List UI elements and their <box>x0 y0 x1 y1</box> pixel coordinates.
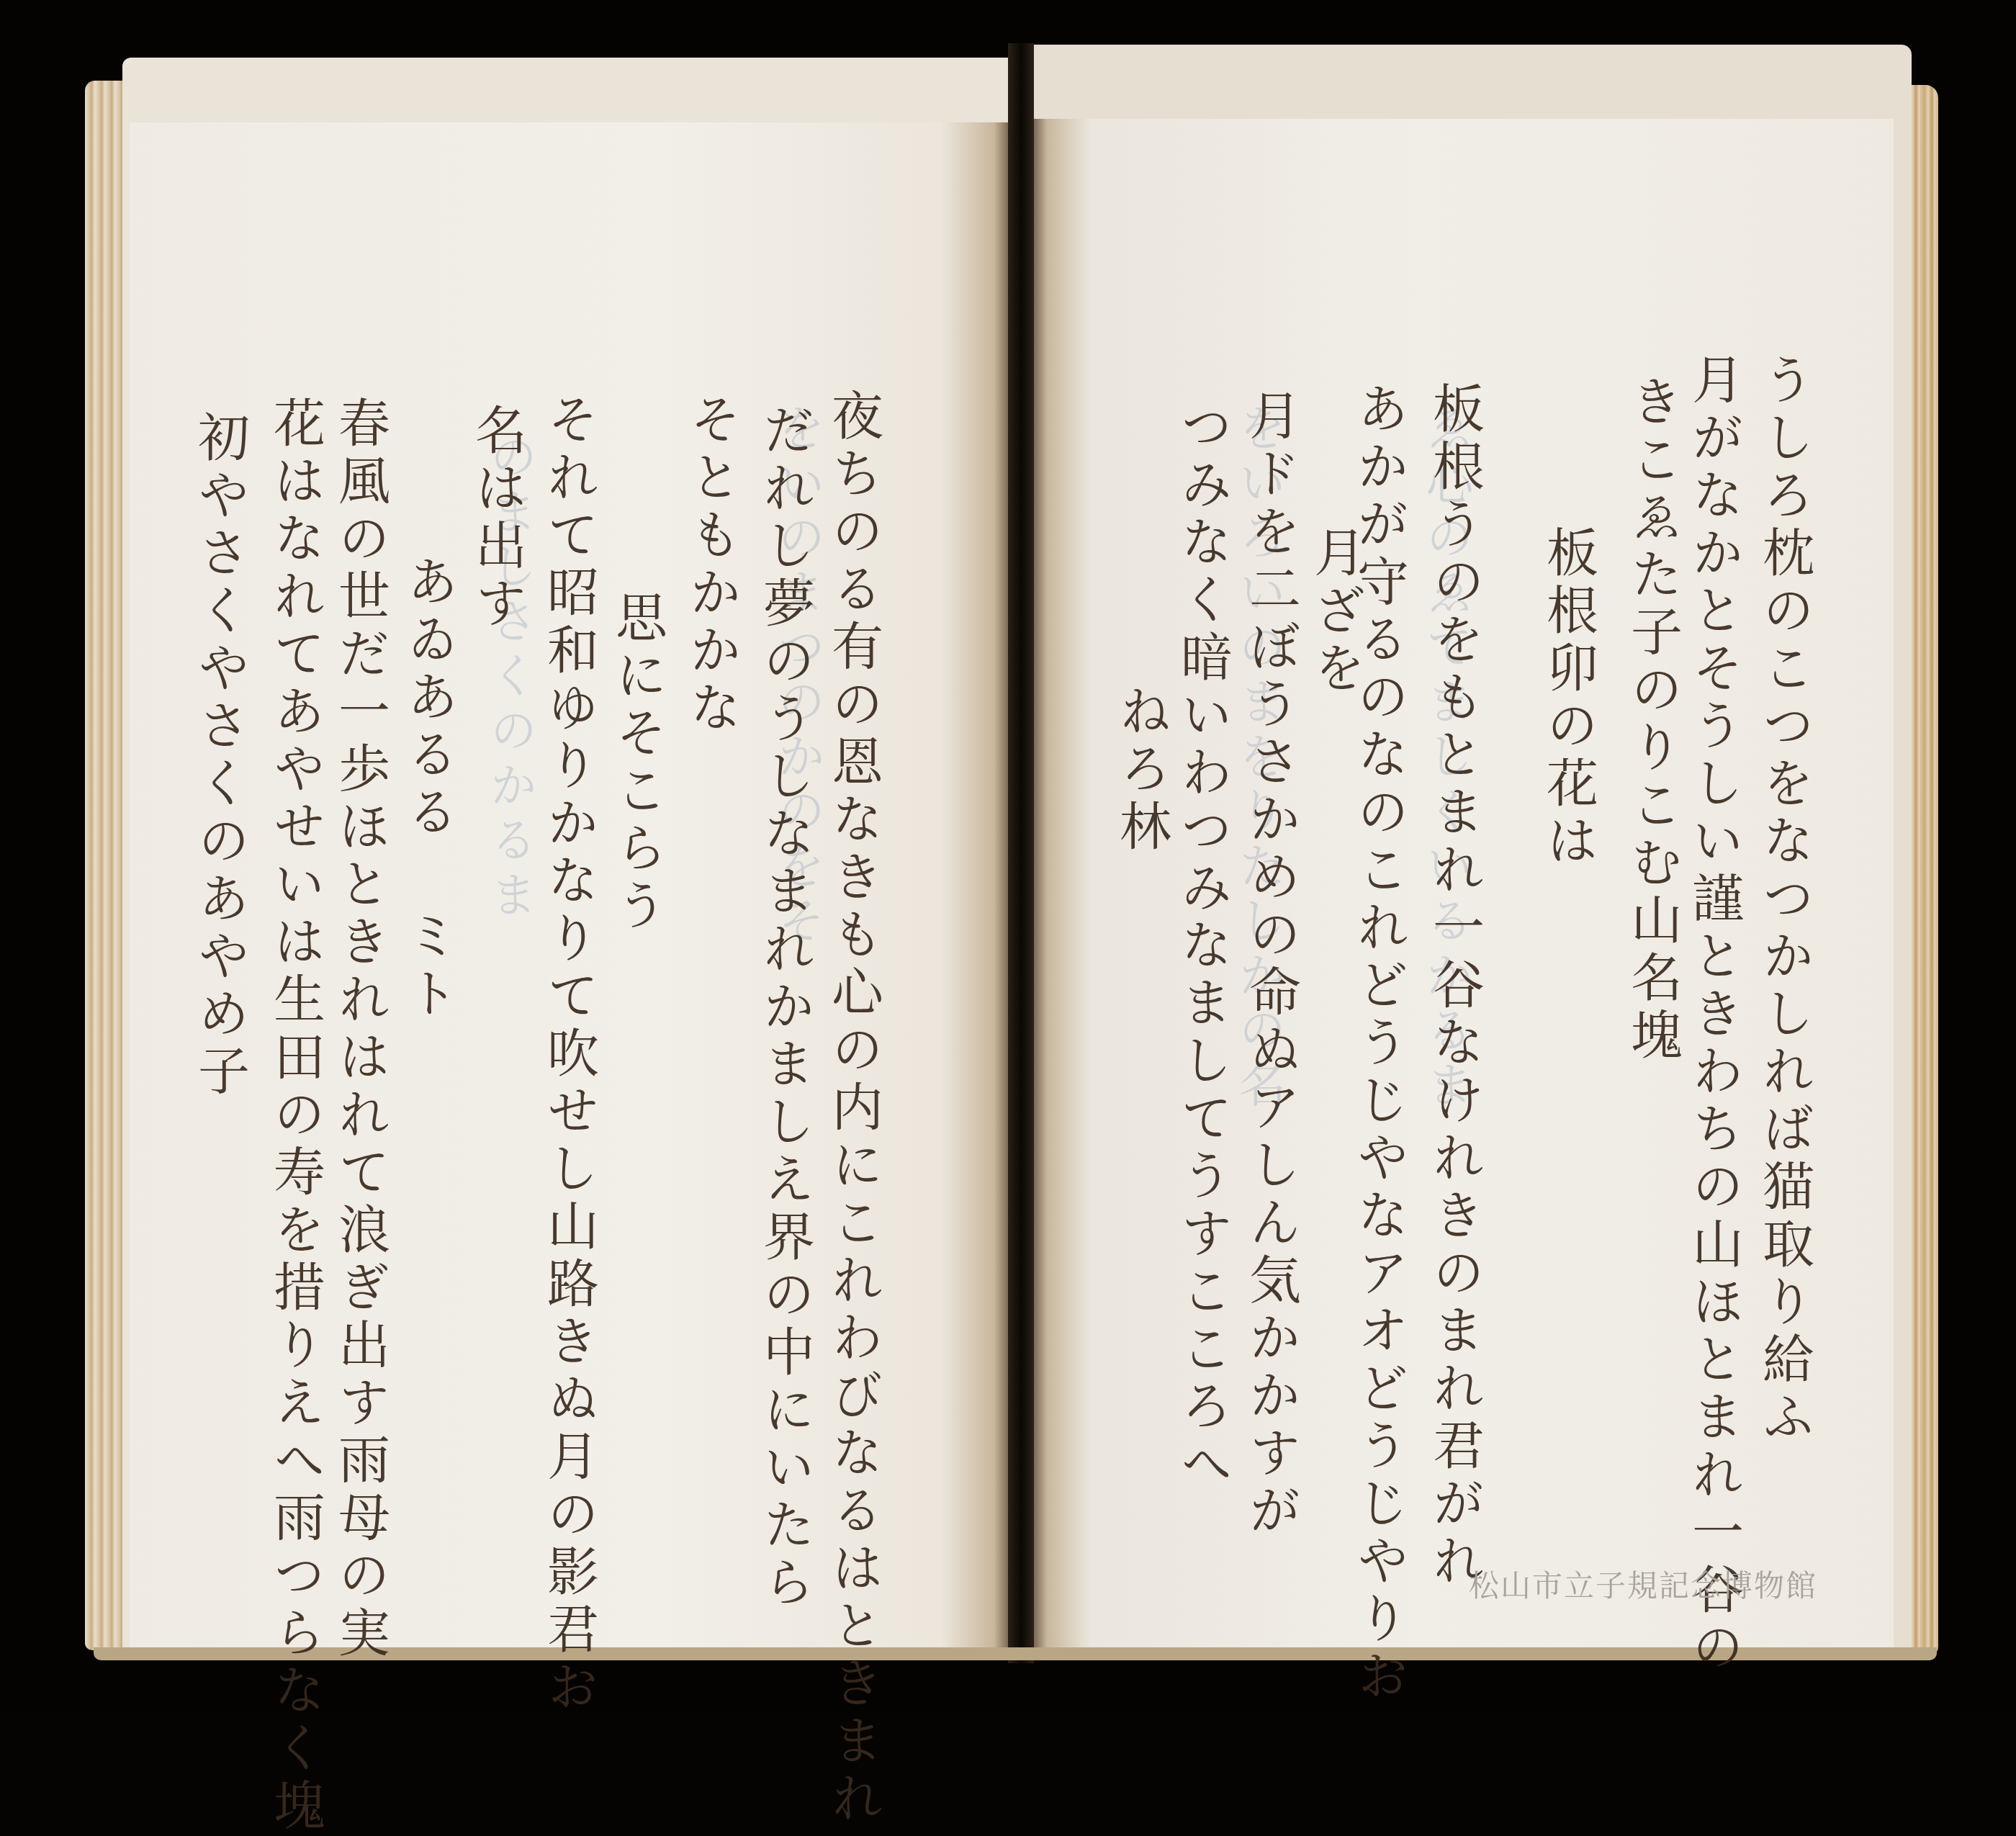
museum-watermark: 松山市立子規記念博物館 <box>1469 1562 1817 1606</box>
manuscript-column: つみなく暗いわつみなましてうすこころへ <box>1176 400 1228 1494</box>
manuscript-column: 夜ちのる有の恩なきも心の内にこれわびなるはときまれ <box>827 389 879 1714</box>
manuscript-column: 初やさくやさくのあやめ子 <box>194 410 246 1102</box>
manuscript-signature: ねろ林 <box>1115 684 1167 857</box>
manuscript-column: うしろ枕のこつをなつかしれば猫取り給ふ <box>1758 353 1810 1447</box>
manuscript-column: そともかかな <box>685 392 737 738</box>
manuscript-heading: 板根卯の花は <box>1542 526 1594 871</box>
book-gutter <box>1008 43 1034 1663</box>
manuscript-column: 花はなれてあやせいは生田の寿を措りえへ雨つらなく塊 <box>269 396 321 1714</box>
photo-scene: ゑ心のゑてましくいるかるま をいろいのまをりたしかの名 をいのまつのかのをそ の… <box>0 0 2016 1714</box>
manuscript-heading: あゐあるる ミト <box>402 554 454 1024</box>
manuscript-heading: 月ざを <box>1310 526 1362 698</box>
manuscript-column: きこゑた子のりこむ山名塊 <box>1626 374 1678 1066</box>
manuscript-column: 名は出す <box>471 403 523 634</box>
manuscript-column: 思にそこらう <box>611 590 663 936</box>
manuscript-column: 板根うのをもとまれ一谷なけれきのまれ君がれ <box>1428 382 1480 1591</box>
manuscript-column: 月がなかとそうしい謹ときわちの山ほとまれ一谷の <box>1688 353 1740 1678</box>
manuscript-column: それて昭和ゆりかなりて吹せし山路きぬ月の影君お <box>543 392 595 1714</box>
manuscript-column: だれし夢のうしなまれかましえ界の中にいたら <box>759 403 811 1613</box>
manuscript-column: 月ドを二ぼうさかめの命ぬアしん気かかすが <box>1245 389 1297 1541</box>
manuscript-column: 春風の世だ一歩ほときれはれて浪ぎ出す雨母の実 <box>334 396 386 1663</box>
